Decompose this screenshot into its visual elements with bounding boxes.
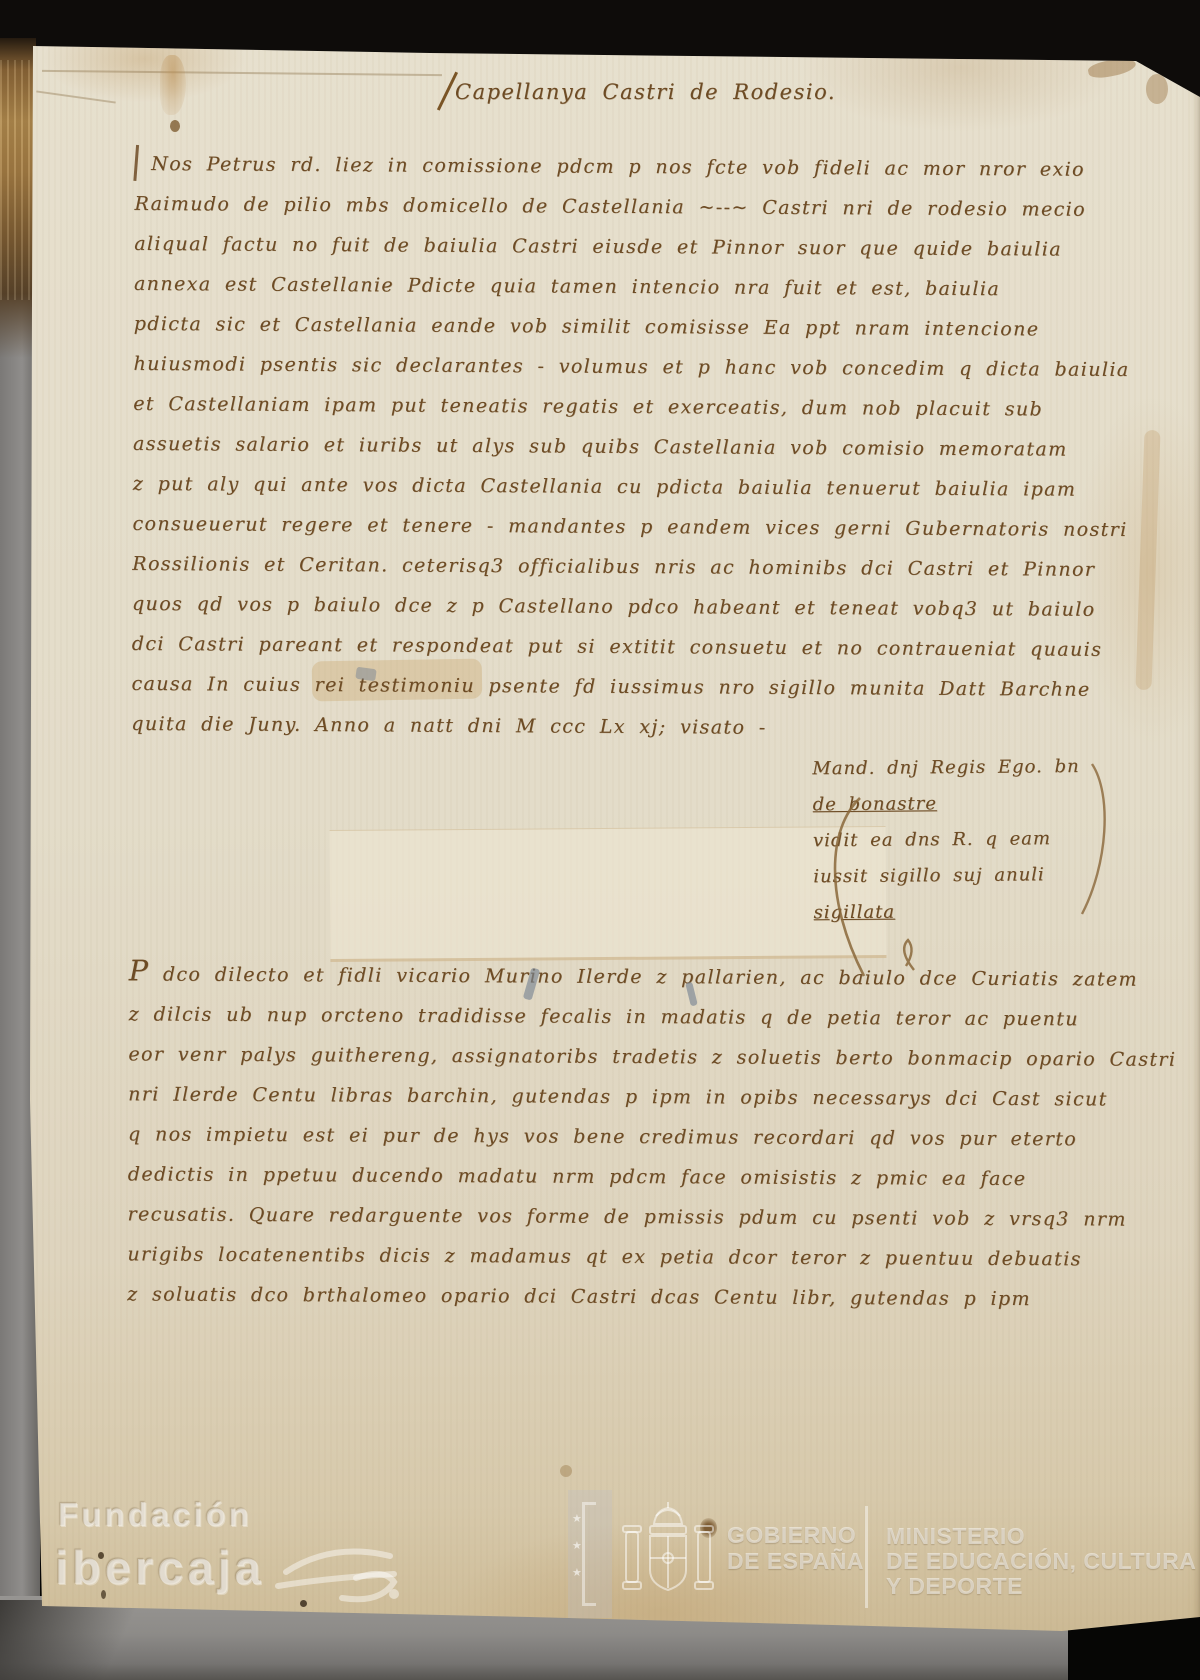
letter-body-first: Nos Petrus rd. liez in comissione pdcm p…	[131, 144, 1145, 750]
watermark-government-line1: GOBIERNO	[727, 1522, 864, 1548]
photo-stage: Capellanya Castri de Rodesio. Nos Petrus…	[0, 0, 1200, 1680]
watermark-ministry: MINISTERIO DE EDUCACIÓN, CULTURA Y DEPOR…	[886, 1524, 1196, 1599]
manuscript-line: z put aly qui ante vos dicta Castellania…	[133, 464, 1143, 510]
watermark-archive-line1: Fundación	[58, 1496, 252, 1534]
manuscript-line: nri Ilerde Centu libras barchin, gutenda…	[128, 1074, 1143, 1119]
manuscript-line: annexa est Castellanie Pdicte quia tamen…	[134, 264, 1144, 310]
manuscript-line: Rossilionis et Ceritan. ceterisq3 offici…	[132, 544, 1142, 590]
manuscript-line: recusatis. Quare redarguente vos forme d…	[127, 1194, 1142, 1239]
underleaf-edge	[36, 90, 115, 103]
letter-body-second: P dco dilecto et fidli vicario Murino Il…	[127, 951, 1144, 1319]
ink-drip-dot	[170, 120, 180, 132]
gov-divider-line	[865, 1506, 868, 1608]
corner-stain	[1146, 74, 1168, 104]
spot-stain	[560, 1465, 572, 1477]
manuscript-line: pdicta sic et Castellania eande vob simi…	[134, 304, 1144, 350]
star-icon: ★	[572, 1512, 588, 1525]
graphite-smudge	[355, 667, 376, 682]
book-fore-edge-pages	[0, 60, 34, 300]
watermark-ministry-line1: MINISTERIO	[886, 1524, 1196, 1549]
watermark-government: GOBIERNO DE ESPAÑA	[727, 1522, 864, 1574]
watermark-archive-line2: ibercaja	[55, 1540, 265, 1595]
watermark-government-line2: DE ESPAÑA	[727, 1548, 864, 1574]
manuscript-line: z soluatis dco brthalomeo opario dci Cas…	[127, 1274, 1142, 1319]
star-icon: ★	[572, 1566, 588, 1579]
manuscript-line: consueuerut regere et tenere - mandantes…	[132, 504, 1142, 550]
manuscript-line: causa In cuius rei testimoniu psente fd …	[131, 664, 1141, 710]
watermark-ministry-line2: DE EDUCACIÓN, CULTURA	[886, 1549, 1196, 1574]
watermark-ministry-line3: Y DEPORTE	[886, 1574, 1196, 1599]
ink-drip-stain	[160, 55, 186, 115]
manuscript-line: urigibs locatenentibs dicis z madamus qt…	[127, 1234, 1142, 1279]
manuscript-line: et Castellaniam ipam put teneatis regati…	[133, 384, 1143, 430]
manuscript-line: z dilcis ub nup orcteno tradidisse fecal…	[129, 994, 1144, 1039]
manuscript-line: P dco dilecto et fidli vicario Murino Il…	[129, 951, 1144, 999]
manuscript-line: quos qd vos p baiulo dce z p Castellano …	[132, 584, 1142, 630]
manuscript-line: q nos impietu est ei pur de hys vos bene…	[128, 1114, 1143, 1159]
corner-stain	[1087, 55, 1137, 81]
star-icon: ★	[572, 1539, 588, 1552]
manuscript-line: huiusmodi psentis sic declarantes - volu…	[133, 344, 1143, 390]
manuscript-line: eor venr palys guithereng, assignatoribs…	[128, 1034, 1143, 1079]
ibercaja-logo-icon	[272, 1534, 402, 1609]
spain-coat-of-arms-icon	[616, 1502, 720, 1606]
manuscript-line: assuetis salario et iuribs ut alys sub q…	[133, 424, 1143, 470]
manuscript-line: aliqual factu no fuit de baiulia Castri …	[134, 224, 1144, 270]
manuscript-line: dci Castri pareant et respondeat put si …	[132, 624, 1142, 670]
backing-shadow-corner	[0, 1600, 150, 1680]
underleaf-edge	[42, 70, 442, 76]
manuscript-page: Capellanya Castri de Rodesio. Nos Petrus…	[0, 0, 1200, 1680]
manuscript-line: dedictis in ppetuu ducendo madatu nrm pd…	[128, 1154, 1143, 1199]
page-heading: Capellanya Castri de Rodesio.	[455, 80, 836, 104]
manuscript-line: Nos Petrus rd. liez in comissione pdcm p…	[135, 144, 1145, 190]
manuscript-line: Raimudo de pilio mbs domicello de Castel…	[134, 184, 1144, 230]
gov-logo-stars: ★ ★ ★	[572, 1512, 588, 1579]
